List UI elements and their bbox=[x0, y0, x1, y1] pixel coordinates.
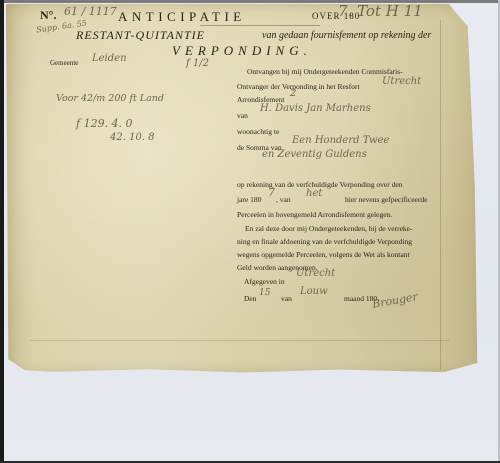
received-line-1: Ontvangen bij mij Ondergeteekenden Commi… bbox=[247, 67, 403, 76]
rekening-van-value: het bbox=[306, 188, 322, 199]
woonachtig-label: woonachtig te bbox=[237, 127, 279, 136]
scan-left-edge bbox=[0, 0, 4, 463]
paper-fold-horizontal bbox=[30, 340, 450, 341]
arrondissement-value: 2 bbox=[290, 88, 296, 99]
number-label: N°. bbox=[40, 8, 56, 23]
title-restant-quitantie: RESTANT-QUITANTIE bbox=[76, 28, 205, 43]
note-line-3: 42. 10. 8 bbox=[110, 132, 155, 143]
rekening-line-2a: jare 180 bbox=[237, 195, 261, 204]
afgegeven-label: Afgegeven in bbox=[244, 277, 285, 286]
date-month: Louw bbox=[300, 286, 328, 297]
number-handwritten: 61 / 1117 bbox=[64, 5, 117, 18]
rekening-line-2b: , van bbox=[276, 195, 291, 204]
rekening-line-3: Perceelen in bovengemeld Arrondisfement … bbox=[237, 210, 392, 219]
note-line-2: f 129. 4. 0 bbox=[76, 117, 133, 130]
folio-value: f 1/2 bbox=[186, 58, 209, 69]
title-underline bbox=[200, 25, 320, 26]
van-label: van bbox=[237, 111, 248, 120]
received-line-2: Ontvanger der Verponding in het Resfort bbox=[237, 82, 360, 91]
somma-value-line-1: Een Honderd Twee bbox=[292, 135, 389, 146]
title-line2-rest: van gedaan fournisfement op rekening der bbox=[262, 30, 431, 41]
gemeente-label: Gemeente bbox=[50, 59, 78, 67]
title-verponding: VERPONDING. bbox=[172, 43, 312, 59]
paper-fold-vertical bbox=[440, 20, 441, 370]
rekening-year: 7 bbox=[268, 186, 275, 199]
afgegeven-value: Utrecht bbox=[296, 268, 335, 279]
scan-top-edge bbox=[0, 0, 500, 3]
year-handwritten: 7. Tot H 11 bbox=[338, 2, 423, 20]
clause-line-3: wegens opgemelde Perceelen, volgens de W… bbox=[237, 250, 410, 259]
note-line-1: Voor 42/m 200 ft Land bbox=[56, 93, 164, 104]
van-value: H. Davis Jan Marhens bbox=[260, 103, 371, 114]
date-day: 15 bbox=[259, 288, 270, 298]
date-van-label: van bbox=[281, 294, 292, 303]
resfort-value: Utrecht bbox=[382, 76, 421, 87]
date-den-label: Den bbox=[244, 294, 257, 303]
clause-line-2: ning en finale afdoening van de verfchul… bbox=[237, 237, 412, 246]
rekening-line-2c: hier nevens gefpecificeerde bbox=[345, 195, 427, 204]
gemeente-value: Leiden bbox=[92, 53, 127, 64]
title-anticipatie: ANTICIPATIE bbox=[118, 9, 246, 25]
clause-line-1: En zal deze door mij Ondergeteekenden, b… bbox=[245, 224, 413, 233]
somma-value-line-2: en Zeventig Guldens bbox=[262, 149, 367, 160]
